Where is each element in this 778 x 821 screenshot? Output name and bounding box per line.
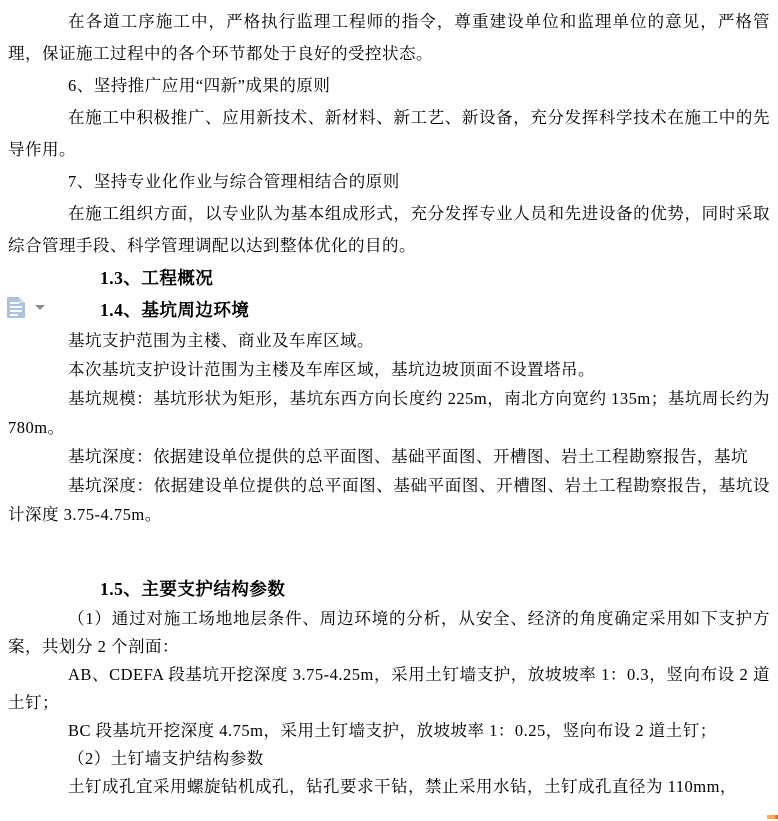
margin-document-options[interactable] <box>6 296 50 320</box>
paragraph: （1）通过对施工场地地层条件、周边环境的分析，从安全、经济的角度确定采用如下支护… <box>8 605 770 661</box>
paragraph: 6、坚持推广应用“四新”成果的原则 <box>8 70 770 102</box>
page-fold <box>19 297 25 303</box>
paragraph: 7、坚持专业化作业与综合管理相结合的原则 <box>8 166 770 198</box>
paragraph: 基坑支护范围为主楼、商业及车库区域。 <box>8 326 770 355</box>
paragraph: （2）土钉墙支护结构参数 <box>8 745 770 773</box>
paragraph: 基坑规模：基坑形状为矩形，基坑东西方向长度约 225m，南北方向宽约 135m；… <box>8 384 770 442</box>
section-heading: 1.4、基坑周边环境 <box>8 294 770 326</box>
paragraph: 在施工组织方面，以专业队为基本组成形式，充分发挥专业人员和先进设备的优势，同时采… <box>8 198 770 262</box>
paragraph: 基坑深度：依据建设单位提供的总平面图、基础平面图、开槽图、岩土工程勘察报告，基坑… <box>8 471 770 529</box>
paragraph: 在施工中积极推广、应用新技术、新材料、新工艺、新设备，充分发挥科学技术在施工中的… <box>8 102 770 166</box>
document-page: 在各道工序施工中，严格执行监理工程师的指令，尊重建设单位和监理单位的意见，严格管… <box>0 0 778 821</box>
corner-marker <box>767 815 778 819</box>
paragraph: 基坑深度：依据建设单位提供的总平面图、基础平面图、开槽图、岩土工程勘察报告，基坑 <box>8 442 770 471</box>
paragraph: AB、CDEFA 段基坑开挖深度 3.75-4.25m，采用土钉墙支护，放坡坡率… <box>8 661 770 717</box>
paragraph: 在各道工序施工中，严格执行监理工程师的指令，尊重建设单位和监理单位的意见，严格管… <box>8 6 770 70</box>
section-heading: 1.5、主要支护结构参数 <box>8 573 770 605</box>
paragraph: BC 段基坑开挖深度 4.75m，采用土钉墙支护，放坡坡率 1：0.25，竖向布… <box>8 717 770 745</box>
section-heading: 1.3、工程概况 <box>8 262 770 294</box>
document-icon[interactable] <box>7 297 25 318</box>
chevron-down-icon[interactable] <box>35 305 45 310</box>
paragraph: 本次基坑支护设计范围为主楼及车库区域，基坑边坡顶面不设置塔吊。 <box>8 355 770 384</box>
paragraph: 土钉成孔宜采用螺旋钻机成孔，钻孔要求干钻，禁止采用水钻，土钉成孔直径为 110m… <box>8 773 770 801</box>
blank-space <box>8 529 770 573</box>
